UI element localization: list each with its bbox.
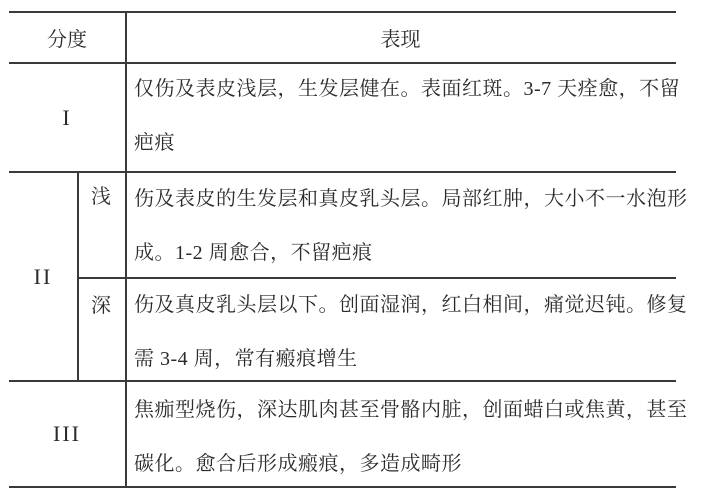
subrow-label-deep: 深 [77,293,125,319]
row-II-shallow-text-line-1: 伤及表皮的生发层和真皮乳头层。局部红肿，大小不一水泡形 [134,186,688,212]
degree-cell-III: III [9,382,125,486]
subrow-label-shallow: 浅 [77,184,125,210]
row-II-deep-text-line-1: 伤及真皮乳头层以下。创面湿润，红白相间，痛觉迟钝。修复 [134,292,688,318]
degree-cell-II: II [9,173,77,380]
header-cell-degree: 分度 [9,13,125,62]
row-1-bottom-rule [9,171,676,173]
degree-cell-I: I [9,64,125,171]
burn-degree-table-page: 分度 表现 I 仅伤及表皮浅层，生发层健在。表面红斑。3-7 天痊愈，不留 疤痕… [0,0,703,500]
table-border-bottom [9,486,676,488]
row-III-text-line-2: 碳化。愈合后形成瘢痕，多造成畸形 [134,451,462,477]
shallow-deep-divider-rule [77,277,676,279]
row-I-text-line-2: 疤痕 [134,130,175,156]
row-III-text-line-1: 焦痂型烧伤，深达肌肉甚至骨骼内脏，创面蜡白或焦黄，甚至 [134,397,688,423]
header-cell-manifestation: 表现 [125,13,676,62]
row-I-text-line-1: 仅伤及表皮浅层，生发层健在。表面红斑。3-7 天痊愈，不留 [134,76,680,102]
row-II-shallow-text-line-2: 成。1-2 周愈合，不留疤痕 [134,240,373,266]
degree-column-divider [125,11,127,488]
row-II-deep-text-line-2: 需 3-4 周，常有瘢痕增生 [134,346,358,372]
